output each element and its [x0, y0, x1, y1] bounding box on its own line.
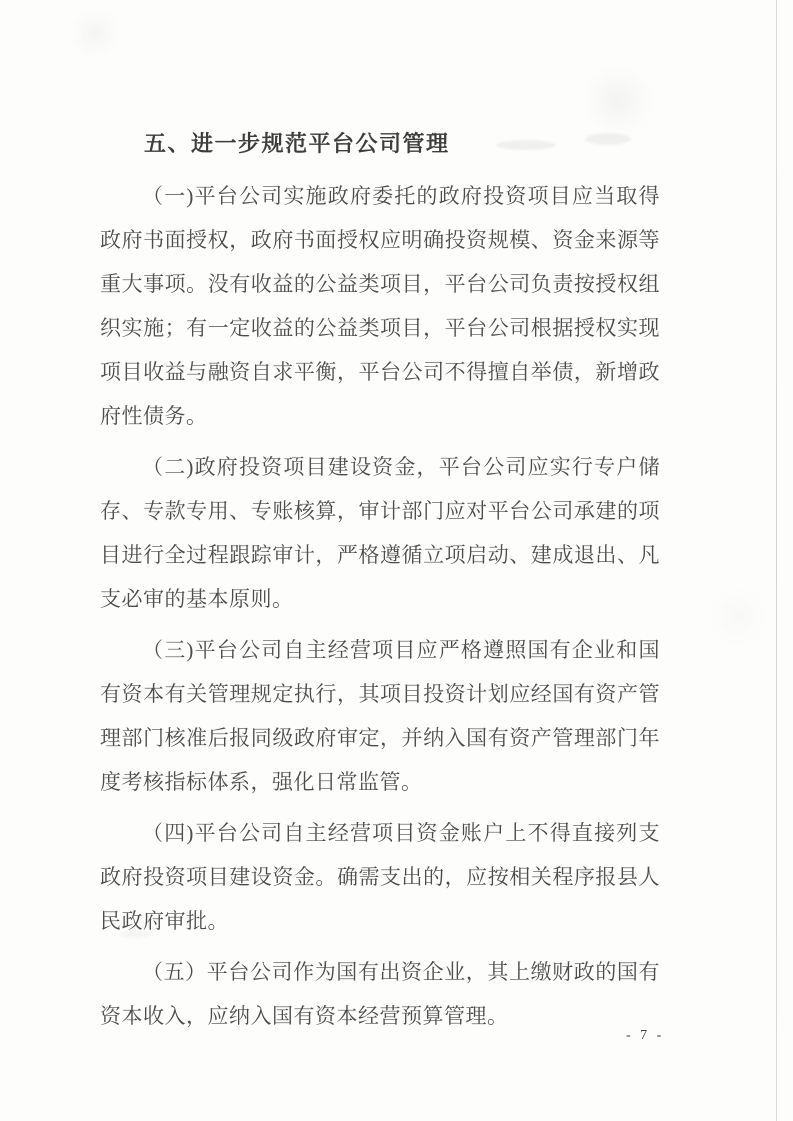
paragraph-item-5: （五）平台公司作为国有出资企业，其上缴财政的国有资本收入，应纳入国有资本经营预算…: [100, 950, 660, 1038]
scanned-document-page: 五、进一步规范平台公司管理 （一)平台公司实施政府委托的政府投资项目应当取得政府…: [0, 0, 793, 1121]
paragraph-item-4: （四)平台公司自主经营项目资金账户上不得直接列支政府投资项目建设资金。确需支出的…: [100, 811, 660, 943]
paragraph-item-2: （二)政府投资项目建设资金，平台公司应实行专户储存、专款专用、专账核算，审计部门…: [100, 445, 660, 621]
section-heading: 五、进一步规范平台公司管理: [100, 122, 660, 166]
scan-edge-line-artifact: [776, 0, 777, 1121]
page-number: - 7 -: [626, 1028, 664, 1044]
document-body: 五、进一步规范平台公司管理 （一)平台公司实施政府委托的政府投资项目应当取得政府…: [100, 122, 660, 1045]
scan-smudge-artifact: [496, 140, 556, 150]
scan-smudge-artifact: [585, 133, 631, 145]
paragraph-item-1: （一)平台公司实施政府委托的政府投资项目应当取得政府书面授权，政府书面授权应明确…: [100, 174, 660, 438]
scan-smudge-artifact: [120, 930, 150, 938]
paragraph-item-3: （三)平台公司自主经营项目应严格遵照国有企业和国有资本有关管理规定执行，其项目投…: [100, 628, 660, 804]
